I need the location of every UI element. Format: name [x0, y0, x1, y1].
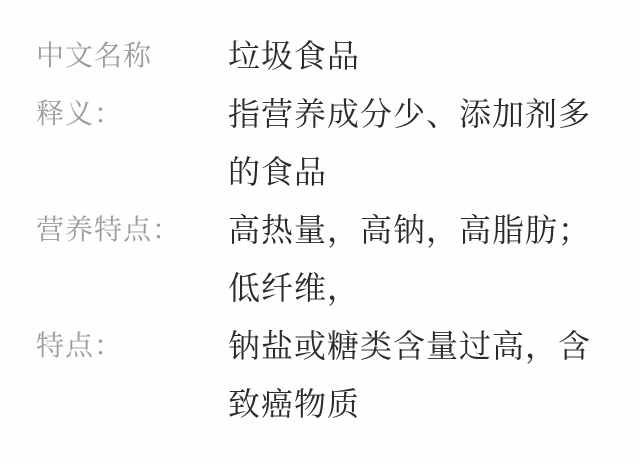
info-row-definition: 释义： 指营养成分少、添加剂多 的食品 [36, 85, 640, 201]
value-line: 的食品 [228, 143, 600, 201]
value-line: 垃圾食品 [228, 27, 600, 85]
row-label: 中文名称 [36, 27, 228, 85]
row-value: 垃圾食品 [228, 27, 600, 85]
row-value: 指营养成分少、添加剂多 的食品 [228, 85, 600, 201]
row-label: 营养特点： [36, 201, 228, 259]
value-line: 致癌物质 [228, 375, 600, 433]
row-label: 特点： [36, 317, 228, 375]
row-value: 钠盐或糖类含量过高，含 致癌物质 [228, 317, 600, 433]
row-label: 释义： [36, 85, 228, 143]
row-value: 高热量，高钠，高脂肪； 低纤维， [228, 201, 600, 317]
value-line: 指营养成分少、添加剂多 [228, 85, 600, 143]
value-line: 低纤维， [228, 259, 600, 317]
info-row-chinese-name: 中文名称 垃圾食品 [36, 27, 640, 85]
info-row-traits: 特点： 钠盐或糖类含量过高，含 致癌物质 [36, 317, 640, 433]
info-table: 中文名称 垃圾食品 释义： 指营养成分少、添加剂多 的食品 营养特点： 高热量，… [0, 0, 640, 433]
value-line: 钠盐或糖类含量过高，含 [228, 317, 600, 375]
value-line: 高热量，高钠，高脂肪； [228, 201, 600, 259]
info-row-nutrition-traits: 营养特点： 高热量，高钠，高脂肪； 低纤维， [36, 201, 640, 317]
